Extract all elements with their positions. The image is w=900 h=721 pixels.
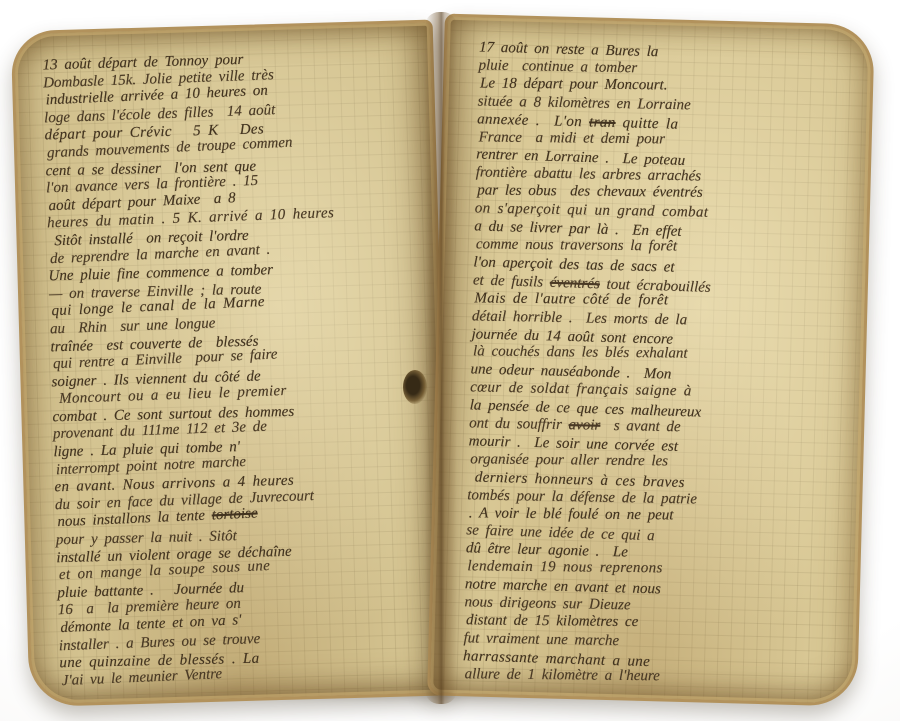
right-page-text: 17 août on reste a Bures lapluie continu…: [430, 17, 872, 704]
notebook-left-page: 13 août départ de Tonnoy pourDombasle 15…: [11, 20, 452, 708]
left-page-text: 13 août départ de Tonnoy pourDombasle 15…: [14, 23, 449, 704]
handwritten-line: organisée pour aller rendre les: [470, 451, 850, 473]
photo-background: 13 août départ de Tonnoy pourDombasle 15…: [0, 0, 900, 721]
notebook-right-page: 17 août on reste a Bures lapluie continu…: [427, 14, 875, 707]
handwritten-line: allure de 1 kilomètre a l'heure: [465, 666, 845, 688]
binding-stitch: [403, 370, 427, 404]
